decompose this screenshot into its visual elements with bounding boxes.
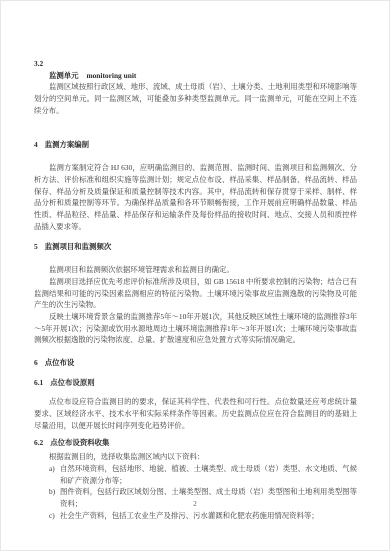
- section-4-title: 监测方案编制: [45, 140, 89, 149]
- term-line: 监测单元 monitoring unit: [49, 70, 357, 82]
- section-5: 5监测项目和监测频次 监测项目和监测频次依据环境管理需求和监测目的确定。 监测项…: [34, 241, 357, 346]
- section-5-paragraph-3: 反映土壤环境背景含量的监测推荐5年～10年开展1次，其他反映区域性土壤环境的监测…: [34, 311, 357, 346]
- term-english: monitoring unit: [86, 71, 136, 80]
- term-title: 监测单元: [49, 71, 79, 80]
- list-text-c: 社会生产资料，包括工农业生产及排污、污水灌溉和化肥农药施用情况资料等；: [60, 511, 319, 520]
- section-5-paragraph-1: 监测项目和监测频次依据环境管理需求和监测目的确定。: [34, 264, 357, 276]
- section-6-2-title: 点位布设资料收集: [50, 438, 109, 447]
- section-4: 4监测方案编制 监测方案制定符合 HJ 630，应明确监测目的、监测范围、监测时…: [34, 139, 357, 233]
- section-4-heading: 4监测方案编制: [34, 139, 357, 151]
- list-marker-a: a): [49, 463, 55, 475]
- section-6-1-number: 6.1: [34, 378, 43, 387]
- section-4-paragraph: 监测方案制定符合 HJ 630，应明确监测目的、监测范围、监测时间、监测项目和监…: [34, 162, 357, 232]
- section-6-2-heading: 6.2点位布设资料收集: [34, 437, 357, 449]
- section-6-2-number: 6.2: [34, 438, 43, 447]
- section-3-2-paragraph: 监测区域按照行政区域、地形、流域、成土母质（岩）、土壤分类、土地利用类型和环境影…: [34, 81, 357, 116]
- list-marker-b: b): [49, 486, 55, 498]
- section-6-1-title: 点位布设原则: [50, 378, 94, 387]
- page-number: 2: [1, 499, 389, 511]
- section-6-2-intro: 根据监测目的，选择收集监测区域内以下资料：: [34, 451, 357, 463]
- section-3-2-number: 3.2: [34, 58, 357, 70]
- section-5-heading: 5监测项目和监测频次: [34, 241, 357, 253]
- section-6: 6点位布设 6.1点位布设原则 点位布设应符合监测目的的要求，保证其科学性、代表…: [34, 357, 357, 521]
- section-6-title: 点位布设: [45, 358, 75, 367]
- section-6-1-heading: 6.1点位布设原则: [34, 377, 357, 389]
- section-6-1-paragraph: 点位布设应符合监测目的的要求，保证其科学性、代表性和可行性。点位数量还应考虑统计…: [34, 396, 357, 431]
- list-item-a: a) 自然环境资料，包括地形、地貌、植被、土壤类型、成土母质（岩）类型、水文地质…: [34, 463, 357, 486]
- list-marker-c: c): [49, 510, 55, 522]
- section-3-2: 3.2 监测单元 monitoring unit 监测区域按照行政区域、地形、流…: [34, 58, 357, 117]
- document-page: 3.2 监测单元 monitoring unit 监测区域按照行政区域、地形、流…: [0, 0, 390, 551]
- section-5-number: 5: [34, 242, 38, 251]
- section-6-heading: 6点位布设: [34, 357, 357, 369]
- section-6-number: 6: [34, 358, 38, 367]
- section-5-paragraph-2: 监测项目选择应优先考虑评价标准所涉及项目，如 GB 15618 中所要求控制的污…: [34, 276, 357, 311]
- section-5-title: 监测项目和监测频次: [45, 242, 112, 251]
- list-item-c: c) 社会生产资料，包括工农业生产及排污、污水灌溉和化肥农药施用情况资料等；: [34, 510, 357, 522]
- list-text-a: 自然环境资料，包括地形、地貌、植被、土壤类型、成土母质（岩）类型、水文地质、气候…: [60, 464, 357, 485]
- section-4-number: 4: [34, 140, 38, 149]
